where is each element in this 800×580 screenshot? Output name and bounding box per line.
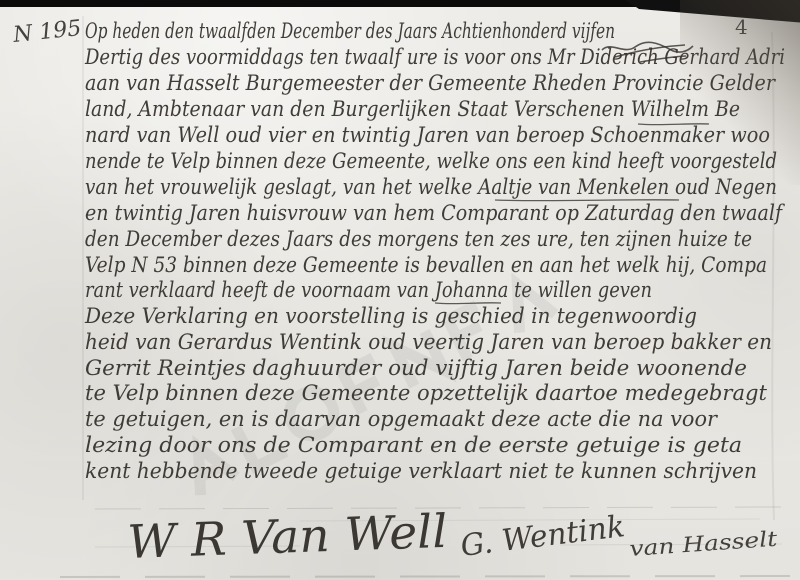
manuscript-line: van het vrouwelijk geslagt, van het welk…: [85, 175, 777, 200]
manuscript-line: nende te Velp binnen deze Gemeente, welk…: [85, 149, 777, 174]
manuscript-layer: N 195 4 Op heden den twaalfden December …: [0, 0, 800, 580]
bottom-edge-line: [60, 576, 790, 577]
act-number: N 195: [11, 16, 82, 48]
signature-van-hasselt: van Hasselt: [629, 527, 779, 561]
manuscript-line: en twintig Jaren huisvrouw van hem Compa…: [85, 201, 786, 226]
scanned-birth-act-page: N 195 4 Op heden den twaalfden December …: [0, 0, 800, 580]
right-fold-line: [772, 32, 774, 520]
manuscript-line: aan van Hasselt Burgemeester der Gemeent…: [85, 71, 777, 96]
manuscript-line: den December dezes Jaars des morgens ten…: [85, 227, 752, 252]
signature-wentink: G. Wentink: [459, 509, 627, 564]
manuscript-line: Deze Verklaring en voorstelling is gesch…: [84, 304, 697, 329]
manuscript-line: lezing door ons de Comparant en de eerst…: [85, 433, 742, 458]
manuscript-line: te Velp binnen deze Gemeente opzettelijk…: [85, 381, 767, 406]
manuscript-line: Dertig des voormiddags ten twaalf ure is…: [84, 45, 785, 70]
manuscript-line: Velp N 53 binnen deze Gemeente is bevall…: [85, 253, 767, 278]
manuscript-line: rant verklaard heeft de voornaam van Joh…: [85, 278, 652, 303]
signature-van-well: W R Van Well: [126, 504, 448, 569]
manuscript-line: kent hebbende tweede getuige verklaart n…: [85, 459, 757, 484]
manuscript-line: Gerrit Reintjes daghuurder oud vijftig J…: [85, 356, 747, 381]
manuscript-line: nard van Well oud vier en twintig Jaren …: [85, 123, 770, 148]
manuscript-line: heid van Gerardus Wentink oud veertig Ja…: [85, 330, 772, 355]
manuscript-line: land, Ambtenaar van den Burgerlijken Sta…: [85, 97, 740, 122]
page-number: 4: [735, 15, 748, 39]
manuscript-line: te getuigen, en is daarvan opgemaakt dez…: [85, 407, 719, 432]
manuscript-line: Op heden den twaalfden December des Jaar…: [85, 19, 615, 44]
